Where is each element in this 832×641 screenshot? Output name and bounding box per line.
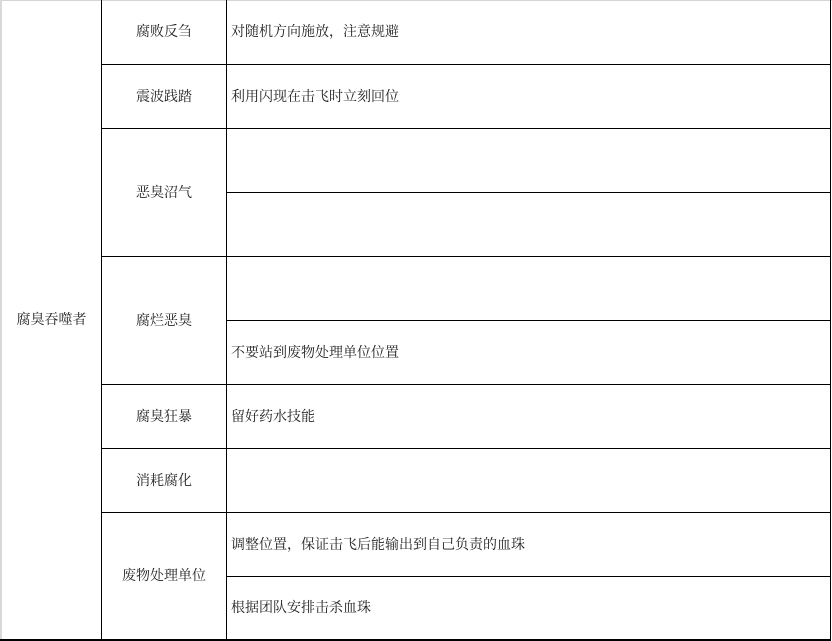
skill-name: 腐败反刍 [136, 25, 192, 39]
skill-name-cell: 震波践踏 [102, 65, 226, 128]
skill-name-cell: 消耗腐化 [102, 449, 226, 512]
skill-name: 废物处理单位 [122, 569, 206, 583]
boss-name-cell: 腐臭吞噬者 [2, 0, 101, 640]
note-cell: 利用闪现在击飞时立刻回位 [227, 65, 830, 128]
skill-name: 腐臭狂暴 [136, 410, 192, 424]
skill-name-cell: 腐败反刍 [102, 0, 226, 64]
note-text: 不要站到废物处理单位位置 [231, 346, 399, 360]
note-cell [227, 193, 830, 256]
note-cell [227, 257, 830, 320]
note-text: 根据团队安排击杀血珠 [231, 601, 371, 615]
skill-name-cell: 恶臭沼气 [102, 129, 226, 256]
boss-name: 腐臭吞噬者 [17, 313, 87, 327]
note-cell [227, 129, 830, 192]
strategy-table: 腐臭吞噬者 腐败反刍 震波践踏 恶臭沼气 腐烂恶臭 腐臭狂暴 消耗腐化 废物处理… [0, 0, 832, 641]
skill-name: 恶臭沼气 [136, 186, 192, 200]
note-cell: 对随机方向施放，注意规避 [227, 0, 830, 64]
note-cell [227, 449, 830, 512]
note-cell: 不要站到废物处理单位位置 [227, 321, 830, 384]
note-text: 留好药水技能 [231, 410, 315, 424]
note-cell: 根据团队安排击杀血珠 [227, 577, 830, 639]
skill-name: 消耗腐化 [136, 474, 192, 488]
note-text: 对随机方向施放，注意规避 [231, 25, 399, 39]
skill-name-cell: 腐臭狂暴 [102, 385, 226, 448]
note-cell: 留好药水技能 [227, 385, 830, 448]
note-text: 调整位置，保证击飞后能输出到自己负责的血珠 [231, 538, 525, 552]
skill-name: 震波践踏 [136, 90, 192, 104]
skill-name-cell: 腐烂恶臭 [102, 257, 226, 384]
note-text: 利用闪现在击飞时立刻回位 [231, 90, 399, 104]
note-cell: 调整位置，保证击飞后能输出到自己负责的血珠 [227, 513, 830, 576]
skill-name-cell: 废物处理单位 [102, 513, 226, 639]
skill-name: 腐烂恶臭 [136, 314, 192, 328]
